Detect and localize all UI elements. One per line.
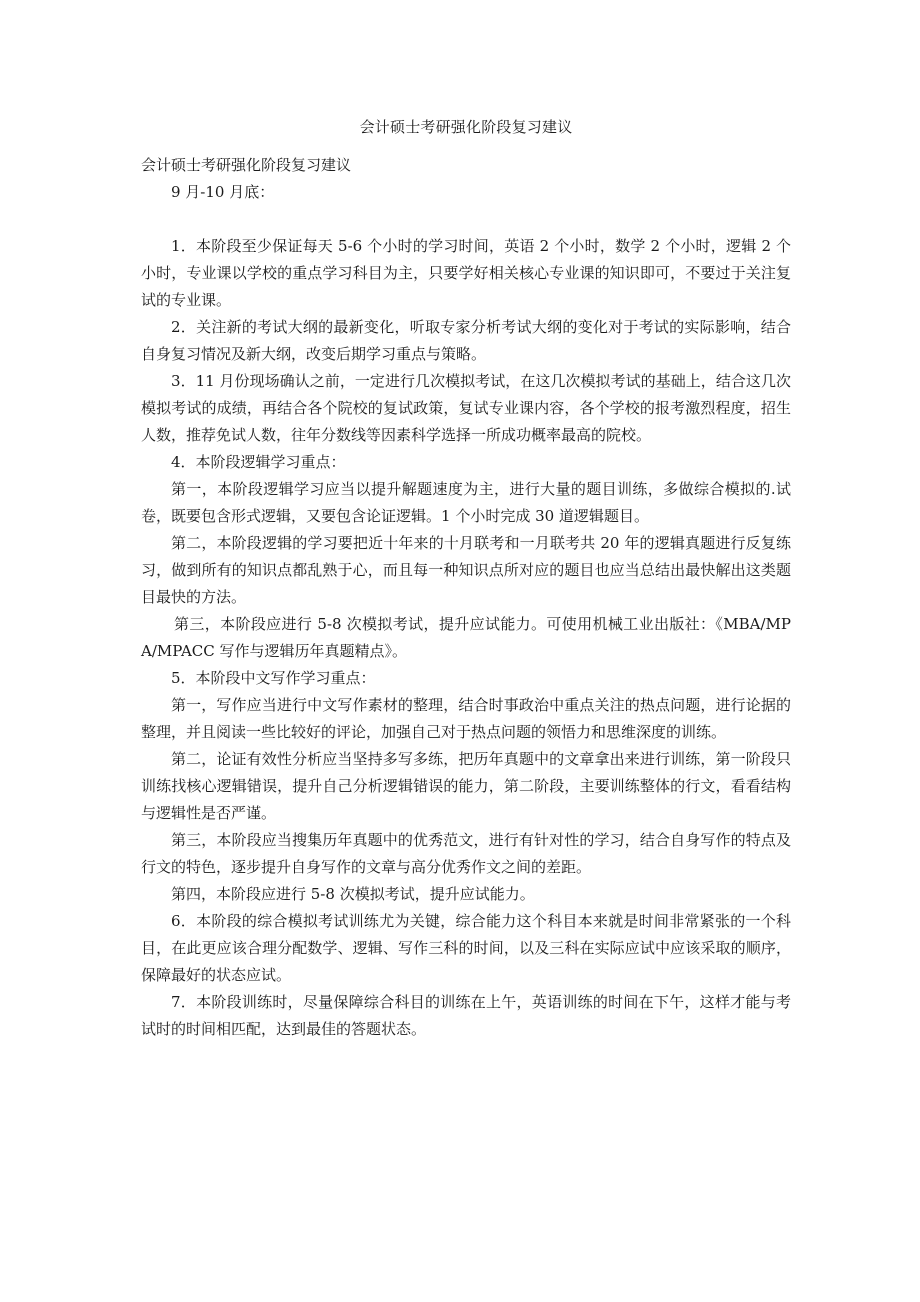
paragraph-2: 2．关注新的考试大纲的最新变化，听取专家分析考试大纲的变化对于考试的实际影响，结… bbox=[141, 314, 791, 368]
document-subtitle: 会计硕士考研强化阶段复习建议 bbox=[141, 152, 791, 179]
logic-point-2: 第二，本阶段逻辑的学习要把近十年来的十月联考和一月联考共 20 年的逻辑真题进行… bbox=[141, 530, 791, 611]
blank-line bbox=[141, 206, 791, 233]
paragraph-1: 1．本阶段至少保证每天 5-6 个小时的学习时间，英语 2 个小时，数学 2 个… bbox=[141, 233, 791, 314]
writing-point-1: 第一，写作应当进行中文写作素材的整理，结合时事政治中重点关注的热点问题，进行论据… bbox=[141, 692, 791, 746]
paragraph-6: 6．本阶段的综合模拟考试训练尤为关键，综合能力这个科目本来就是时间非常紧张的一个… bbox=[141, 908, 791, 989]
logic-point-1: 第一，本阶段逻辑学习应当以提升解题速度为主，进行大量的题目训练，多做综合模拟的.… bbox=[141, 476, 791, 530]
paragraph-3: 3．11 月份现场确认之前，一定进行几次模拟考试，在这几次模拟考试的基础上，结合… bbox=[141, 368, 791, 449]
paragraph-7: 7．本阶段训练时，尽量保障综合科目的训练在上午，英语训练的时间在下午，这样才能与… bbox=[141, 989, 791, 1043]
writing-point-4: 第四，本阶段应进行 5-8 次模拟考试，提升应试能力。 bbox=[141, 881, 791, 908]
writing-point-3: 第三，本阶段应当搜集历年真题中的优秀范文，进行有针对性的学习，结合自身写作的特点… bbox=[141, 827, 791, 881]
period-heading: 9 月-10 月底： bbox=[141, 179, 791, 206]
logic-point-3: 第三，本阶段应进行 5-8 次模拟考试，提升应试能力。可使用机械工业出版社：《M… bbox=[141, 611, 791, 665]
document-body: 会计硕士考研强化阶段复习建议 9 月-10 月底： 1．本阶段至少保证每天 5-… bbox=[141, 152, 791, 1043]
document-title: 会计硕士考研强化阶段复习建议 bbox=[141, 116, 791, 138]
section-heading-writing: 5．本阶段中文写作学习重点： bbox=[141, 665, 791, 692]
writing-point-2: 第二，论证有效性分析应当坚持多写多练，把历年真题中的文章拿出来进行训练，第一阶段… bbox=[141, 746, 791, 827]
section-heading-logic: 4．本阶段逻辑学习重点： bbox=[141, 449, 791, 476]
